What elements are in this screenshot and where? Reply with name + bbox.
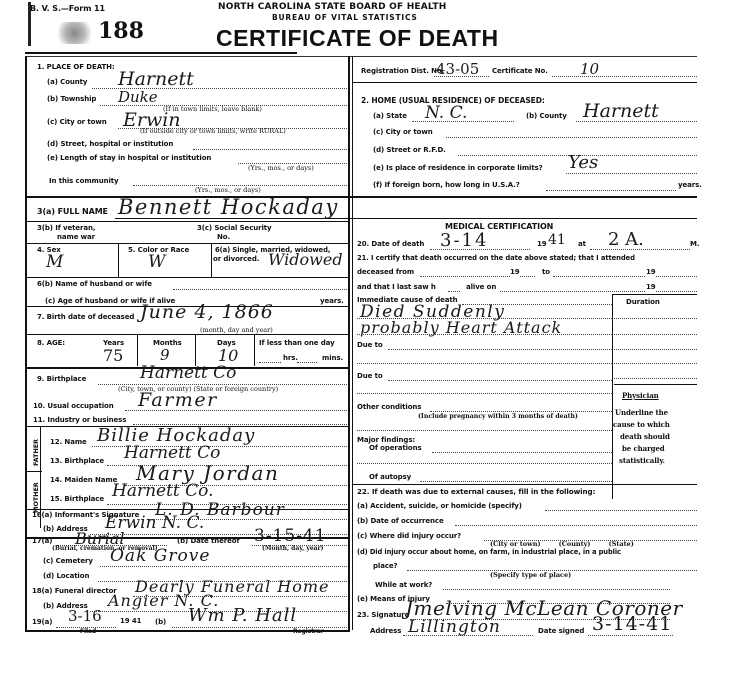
place-heading: 1. PLACE OF DEATH: (37, 63, 115, 71)
veteran-label-2: name war (57, 233, 95, 241)
burial-num-label: 17(a) (32, 537, 52, 545)
mother-birthplace-value: Harnett Co. (112, 481, 214, 501)
duration-divider (612, 294, 613, 499)
bureau-name: BUREAU OF VITAL STATISTICS (272, 13, 418, 22)
foreign-line (546, 190, 676, 191)
street-line (193, 149, 347, 150)
other-conditions-note: (Include pregnancy within 3 months of de… (418, 413, 578, 420)
place-note: (Specify type of place) (490, 571, 571, 579)
due-to-1-line-b (357, 363, 612, 364)
death-county-value: Harnett (118, 68, 194, 90)
attended-19b: 19 (646, 268, 656, 276)
left-edge-mark (28, 2, 31, 46)
birthplace-value: Harnett Co (140, 363, 236, 383)
home-state-value: N. C. (425, 103, 467, 123)
mother-birthplace-label: 15. Birthplace (50, 495, 104, 503)
township-label: (b) Township (47, 95, 96, 103)
filed-year: 19 41 (120, 617, 141, 625)
home-county-value: Harnett (583, 100, 659, 122)
cause-line-2-rule (357, 334, 612, 335)
spouse-age-suffix: years. (320, 297, 344, 305)
other-conditions-line (430, 411, 612, 412)
cemetery-value: Oak Grove (110, 546, 210, 566)
form-id: B. V. S.—Form 11 (30, 4, 105, 13)
mins-label: mins. (322, 354, 343, 362)
attended-from-line (420, 276, 510, 277)
cemetery-line (100, 566, 347, 567)
physician-note-3: death should (620, 432, 670, 441)
last-saw-line (448, 291, 460, 292)
burial-date-value: 3-15-41 (254, 526, 327, 546)
frame-left (25, 56, 27, 630)
accident-label: (a) Accident, suicide, or homicide (spec… (357, 502, 522, 510)
corporate-value: Yes (568, 152, 598, 173)
stamp-smudge (52, 22, 97, 44)
location-label: (d) Location (43, 572, 89, 580)
days-divider (254, 334, 255, 366)
death-year-value: 41 (548, 232, 566, 248)
occupation-label: 10. Usual occupation (33, 402, 114, 410)
burial-date-label: (b) Date thereof (177, 537, 239, 545)
birth-date-value: June 4, 1866 (140, 301, 274, 323)
work-line (443, 589, 670, 590)
date-signed-label: Date signed (538, 627, 584, 635)
due-to-2-label: Due to (357, 372, 383, 380)
frame-middle (348, 56, 350, 630)
hrs-label: hrs. (283, 354, 298, 362)
death-year-label: 19 (537, 240, 547, 248)
spouse-line (173, 289, 347, 290)
autopsy-line (420, 481, 612, 482)
occurrence-label: (b) Date of occurrence (357, 517, 444, 525)
father-name-label: 12. Name (50, 438, 87, 446)
last-saw-19: 19 (646, 283, 656, 291)
community-note: (Yrs., mos., or days) (195, 186, 261, 194)
physician-top-rule (614, 384, 697, 385)
occupation-value: Farmer (138, 389, 218, 411)
birth-date-label: 7. Birth date of deceased (37, 313, 134, 321)
work-label: While at work? (375, 581, 432, 589)
attended-to: to (542, 268, 550, 276)
corporate-line (566, 173, 697, 174)
spouse-label: 6(b) Name of husband or wife (37, 280, 152, 288)
filed-label: 19(a) (32, 618, 52, 626)
due-to-2-line-b (357, 393, 612, 394)
parent-tag-rule (25, 471, 42, 472)
operations-line (432, 452, 612, 453)
registrar-note: Registrar (293, 628, 324, 635)
cert-no-value: 10 (580, 60, 599, 78)
operations-line-b (357, 463, 612, 464)
other-conditions-line-b (357, 430, 612, 431)
stay-note: (Yrs., mos., or days) (248, 164, 314, 172)
physician-note-1: Underline the (615, 408, 668, 417)
father-birthplace-value: Harnett Co (124, 443, 220, 463)
sex-row-rule (25, 277, 350, 278)
due-to-1-line (388, 349, 612, 350)
date-signed-value: 3-14-41 (592, 613, 672, 635)
where-label: (c) Where did injury occur? (357, 532, 461, 540)
physician-note-2: cause to which (613, 420, 670, 429)
race-value: W (148, 252, 165, 272)
birth-row-rule (25, 334, 350, 335)
county-label: (a) County (47, 78, 87, 86)
full-name-value: Bennett Hockaday (118, 195, 339, 219)
board-name: NORTH CAROLINA STATE BOARD OF HEALTH (218, 2, 446, 12)
hrs-line (259, 362, 281, 363)
veteran-row-rule (25, 243, 350, 244)
registrar-label: (b) (155, 618, 166, 626)
file-number: 188 (98, 18, 144, 44)
full-name-label: 3(a) FULL NAME (37, 207, 108, 216)
operations-label: Of operations (369, 444, 422, 452)
due-to-1-label: Due to (357, 341, 383, 349)
attended-to-line (553, 276, 645, 277)
duration-label: Duration (626, 298, 660, 306)
sex-value: M (46, 252, 63, 272)
occurrence-line (455, 525, 697, 526)
mother-name-label: 14. Maiden Name (50, 476, 117, 484)
death-time-value: 2 A. (608, 229, 644, 250)
burial-date-note: (Month, day, year) (262, 545, 324, 552)
attended-19a-line (520, 276, 535, 277)
veteran-label-1: 3(b) If veteran, (37, 224, 95, 232)
sig-address-label: Address (370, 627, 401, 635)
father-tag: FATHER (32, 442, 40, 466)
external-heading: 22. If death was due to external causes,… (357, 487, 595, 496)
accident-line (545, 510, 697, 511)
death-date-value: 3-14 (440, 230, 488, 251)
birth-date-note: (month, day and year) (200, 326, 273, 334)
race-divider (211, 243, 212, 277)
reg-dist-value: 43-05 (436, 60, 479, 78)
birthplace-label: 9. Birthplace (37, 375, 86, 383)
physician-note-5: statistically. (619, 456, 665, 465)
marital-value: Widowed (268, 250, 343, 269)
duration-top-rule (612, 294, 697, 295)
name-row-rule (25, 221, 350, 222)
sex-divider (118, 243, 119, 277)
ssn-label-1: 3(c) Social Security (197, 224, 272, 232)
age-label: 8. AGE: (37, 339, 65, 347)
place-label: (d) Did injury occur about home, on farm… (357, 548, 621, 556)
home-street-label: (d) Street or R.F.D. (373, 146, 446, 154)
signature-label: 23. Signature (357, 611, 409, 619)
sig-address-value: Lillington (408, 617, 501, 637)
months-divider (195, 334, 196, 366)
autopsy-label: Of autopsy (369, 473, 411, 481)
where-note: (City or town) (County) (State) (490, 540, 634, 548)
years-value: 75 (103, 346, 123, 365)
filed-note: Filed (80, 628, 96, 635)
reg-dist-label: Registration Dist. No. (361, 67, 444, 75)
duration-line-1 (614, 318, 697, 319)
last-saw-19-line (656, 291, 697, 292)
city-note: (If outside city or town limits, write R… (140, 127, 286, 135)
major-findings-label: Major findings: (357, 436, 415, 444)
last-saw-label: and that I last saw h (357, 283, 436, 291)
marital-label-2: or divorced. (213, 255, 259, 263)
years-divider (137, 334, 138, 366)
home-state-label: (a) State (373, 112, 407, 120)
physician-note-0: Physician (622, 391, 659, 400)
death-date-label: 20. Date of death (357, 240, 424, 248)
foreign-label: (f) If foreign born, how long in U.S.A.? (373, 181, 520, 189)
foreign-suffix: years. (678, 181, 702, 189)
due-to-2-line (388, 380, 612, 381)
home-city-label: (c) City or town (373, 128, 433, 136)
industry-label: 11. Industry or business (33, 416, 126, 424)
death-time-label: at (578, 240, 586, 248)
community-label: In this community (49, 177, 118, 185)
city-label: (c) City or town (47, 118, 107, 126)
header-rule-2 (25, 56, 697, 57)
duration-line-3 (614, 349, 697, 350)
duration-line-4 (614, 363, 697, 364)
attended-from-label: deceased from (357, 268, 414, 276)
reg-rule (352, 82, 697, 83)
cemetery-label: (c) Cemetery (43, 557, 93, 565)
duration-line-5 (614, 378, 697, 379)
father-birthplace-label: 13. Birthplace (50, 457, 104, 465)
township-value: Duke (118, 88, 158, 106)
less-day-label: If less than one day (259, 339, 335, 347)
certify-text: 21. I certify that death occurred on the… (357, 254, 635, 262)
attended-19a: 19 (510, 268, 520, 276)
date-signed-line (588, 635, 673, 636)
alive-on-label: alive on (466, 283, 496, 291)
other-conditions-label: Other conditions (357, 403, 421, 411)
alive-on-line (500, 291, 645, 292)
street-label: (d) Street, hospital or institution (47, 140, 173, 148)
director-label: 18(a) Funeral director (32, 587, 117, 595)
home-city-line (446, 137, 697, 138)
external-top-rule (352, 484, 697, 485)
filed-value: 3-16 (68, 607, 102, 625)
ssn-label-2: No. (217, 233, 230, 241)
certificate-title: CERTIFICATE OF DEATH (216, 25, 499, 52)
cert-no-line (552, 76, 697, 77)
physician-note-4: be charged (622, 444, 665, 453)
place-label-2: place? (373, 562, 398, 570)
attended-19b-line (656, 276, 697, 277)
corporate-label: (e) Is place of residence in corporate l… (373, 164, 543, 172)
full-name-line (115, 218, 697, 219)
cert-no-label: Certificate No. (492, 67, 548, 75)
frame-middle-2 (352, 56, 353, 630)
home-county-label: (b) County (526, 112, 567, 120)
mins-line (297, 362, 317, 363)
stay-label: (e) Length of stay in hospital or instit… (47, 154, 211, 162)
registrar-value: Wm P. Hall (188, 605, 297, 626)
duration-line-2 (614, 334, 697, 335)
death-time-suffix: M. (690, 240, 699, 248)
header-rule (25, 52, 297, 54)
months-value: 9 (160, 346, 170, 364)
